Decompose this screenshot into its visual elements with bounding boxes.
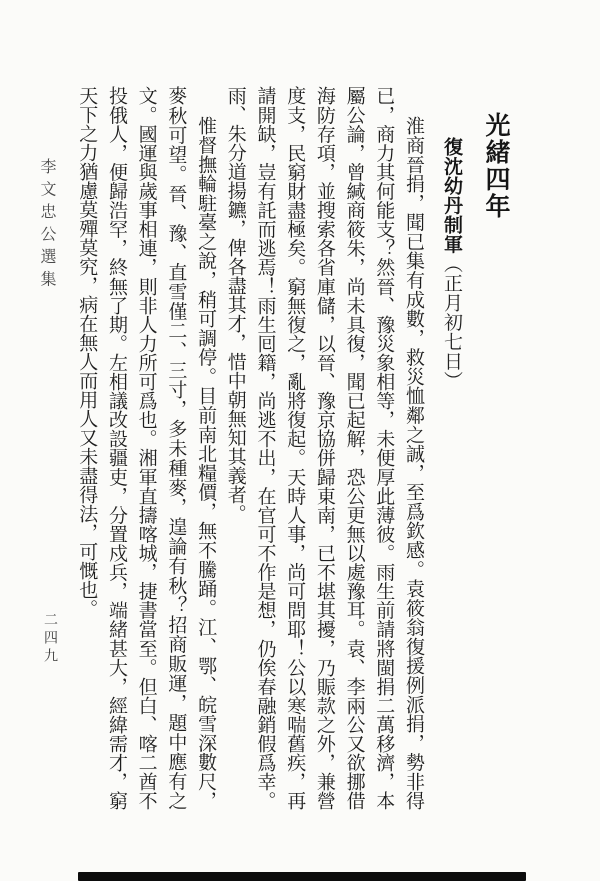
scan-edge-artifact: [78, 872, 526, 881]
letter-title-text: 復沈幼丹制軍: [441, 137, 463, 254]
spine-title: 李文忠公選集: [36, 158, 59, 293]
page-number: 二四九: [40, 612, 60, 666]
body-paragraph-2: 惟督撫輪駐臺之說，稍可調停。目前南北糧價，無不騰踊。江、鄂、皖雪深數尺，麥秋可望…: [72, 86, 221, 810]
body-paragraph-1: 淮商晉捐，聞已集有成數，救災恤鄰之誠，至爲欽感。袁筱翁復援例派捐，勢非得已，商力…: [220, 86, 428, 810]
paper-background: 光緒四年 復沈幼丹制軍（正月初七日） 淮商晉捐，聞已集有成數，救災恤鄰之誠，至爲…: [0, 0, 600, 881]
letter-date: （正月初七日）: [441, 254, 463, 391]
scanned-book-page: { "page": { "era_heading": "光緒四年", "lett…: [0, 0, 600, 881]
letter-title: 復沈幼丹制軍（正月初七日）: [440, 137, 463, 391]
era-heading: 光緒四年: [478, 112, 514, 220]
letter-body: 淮商晉捐，聞已集有成數，救災恤鄰之誠，至爲欽感。袁筱翁復援例派捐，勢非得已，商力…: [72, 86, 428, 810]
